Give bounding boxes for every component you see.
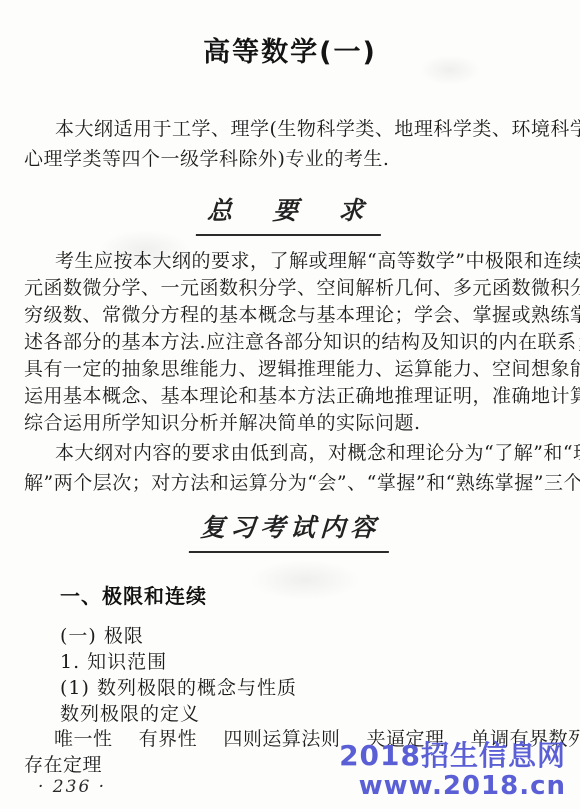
general-requirements-paragraph-1: 考生应按本大纲的要求，了解或理解“高等数学”中极限和连续、一 元函数微分学、一元…: [24, 248, 556, 437]
page-number: · 236 ·: [38, 777, 106, 797]
body-line: 综合运用所学知识分析并解决简单的实际问题.: [24, 410, 556, 437]
section-1-title: 一、极限和连续: [24, 580, 556, 609]
intro-line: 心理学类等四个一级学科除外)专业的考生.: [24, 144, 556, 174]
seq-limit-def-row: 数列极限的定义: [24, 699, 556, 726]
body-line: 运用基本概念、基本理论和基本方法正确地推理证明，准确地计算；能: [24, 383, 556, 410]
knowledge-scope-item: 1. 知识范围: [24, 647, 556, 674]
subsection-limit-row: (一) 极限: [24, 621, 556, 648]
body-line: 考生应按本大纲的要求，了解或理解“高等数学”中极限和连续、一: [24, 248, 556, 275]
section-1-title-row: 一、极限和连续: [24, 580, 556, 609]
intro-paragraph: 本大纲适用于工学、理学(生物科学类、地理科学类、环境科学类、 心理学类等四个一级…: [24, 114, 556, 174]
general-requirements-paragraph-2: 本大纲对内容的要求由低到高，对概念和理论分为“了解”和“理 解”两个层次；对方法…: [24, 438, 556, 498]
watermark: 2018招生信息网 www.2018.cn: [339, 742, 566, 799]
review-content-heading-text: 复习考试内容: [189, 508, 391, 553]
review-content-heading: 复习考试内容: [0, 508, 580, 553]
body-line: 解”两个层次；对方法和运算分为“会”、“掌握”和“熟练掌握”三个层次.: [24, 468, 556, 498]
scanned-document-page: 高等数学(一) 本大纲适用于工学、理学(生物科学类、地理科学类、环境科学类、 心…: [0, 0, 580, 809]
knowledge-scope-row: 1. 知识范围: [24, 647, 556, 674]
watermark-site-name: 2018招生信息网: [339, 742, 566, 770]
watermark-url: www.2018.cn: [339, 773, 566, 799]
seq-limit-concept-row: (1) 数列极限的概念与性质: [24, 673, 556, 700]
seq-limit-concept-item: (1) 数列极限的概念与性质: [24, 673, 556, 700]
subsection-limit: (一) 极限: [24, 621, 556, 648]
body-line: 述各部分的基本方法.应注意各部分知识的结构及知识的内在联系；应: [24, 329, 556, 356]
body-line: 具有一定的抽象思维能力、逻辑推理能力、运算能力、空间想象能力；能: [24, 356, 556, 383]
page-title: 高等数学(一): [0, 30, 580, 69]
body-line: 元函数微分学、一元函数积分学、空间解析几何、多元函数微积分学、无: [24, 275, 556, 302]
general-requirements-heading-text: 总 要 求: [196, 191, 384, 236]
general-requirements-heading: 总 要 求: [0, 191, 580, 236]
body-line: 本大纲对内容的要求由低到高，对概念和理论分为“了解”和“理: [24, 438, 556, 468]
seq-limit-def-item: 数列极限的定义: [24, 699, 556, 726]
body-line: 穷级数、常微分方程的基本概念与基本理论；学会、掌握或熟练掌握上: [24, 302, 556, 329]
intro-line: 本大纲适用于工学、理学(生物科学类、地理科学类、环境科学类、: [24, 114, 556, 144]
